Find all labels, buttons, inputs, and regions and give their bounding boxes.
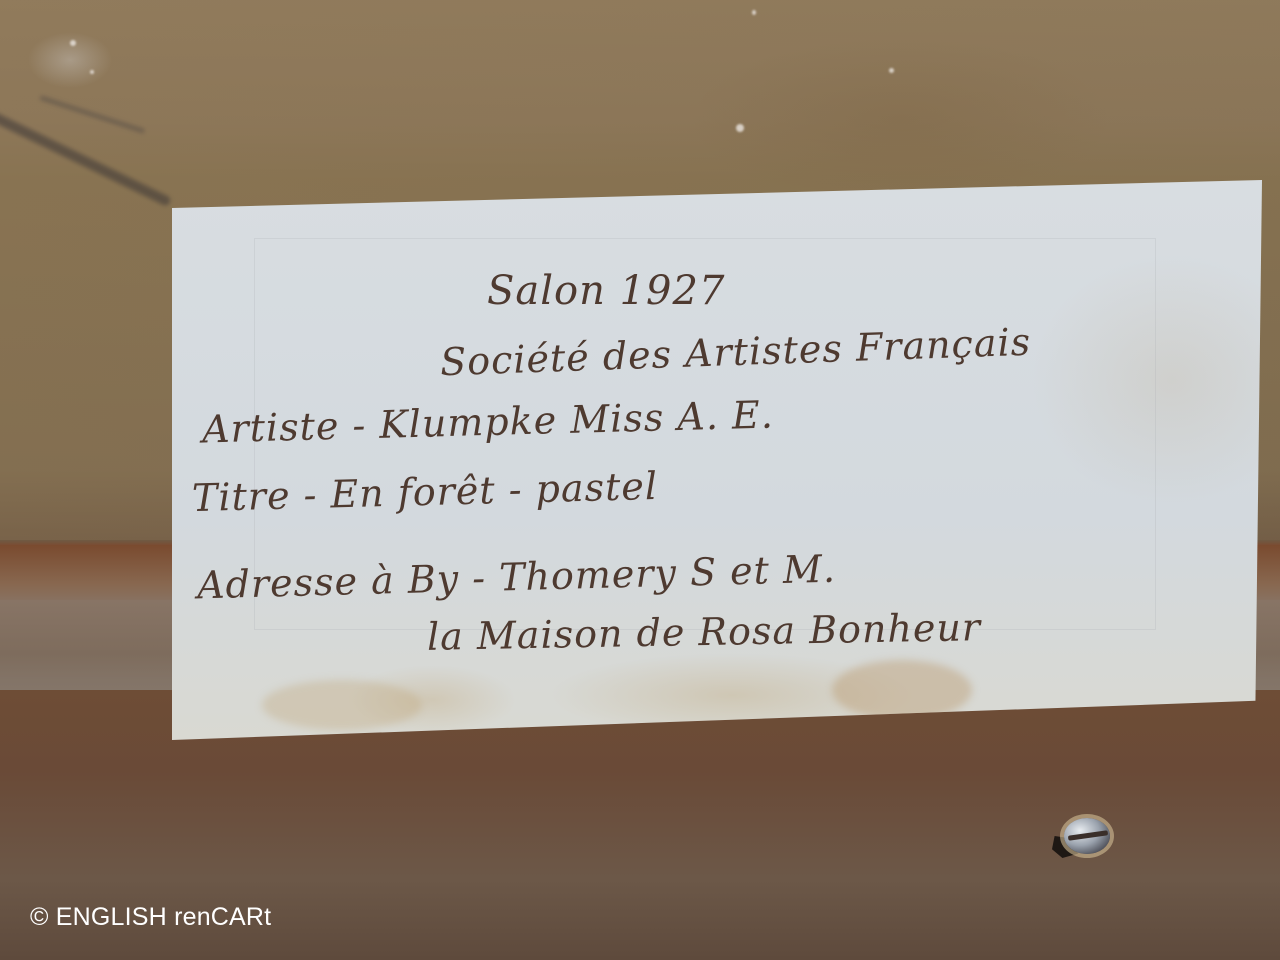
label-line-salon: Salon 1927 bbox=[487, 268, 725, 314]
screw-slot bbox=[1068, 830, 1108, 841]
copyright-watermark: © ENGLISH renCARt bbox=[30, 903, 271, 932]
photo-background: Salon 1927 Société des Artistes Français… bbox=[0, 0, 1280, 960]
paper-stain bbox=[832, 660, 972, 720]
label-line-maison: la Maison de Rosa Bonheur bbox=[427, 605, 982, 659]
paper-stain bbox=[262, 680, 422, 730]
handwritten-label: Salon 1927 Société des Artistes Français… bbox=[172, 180, 1262, 740]
screw-icon bbox=[1064, 818, 1110, 854]
